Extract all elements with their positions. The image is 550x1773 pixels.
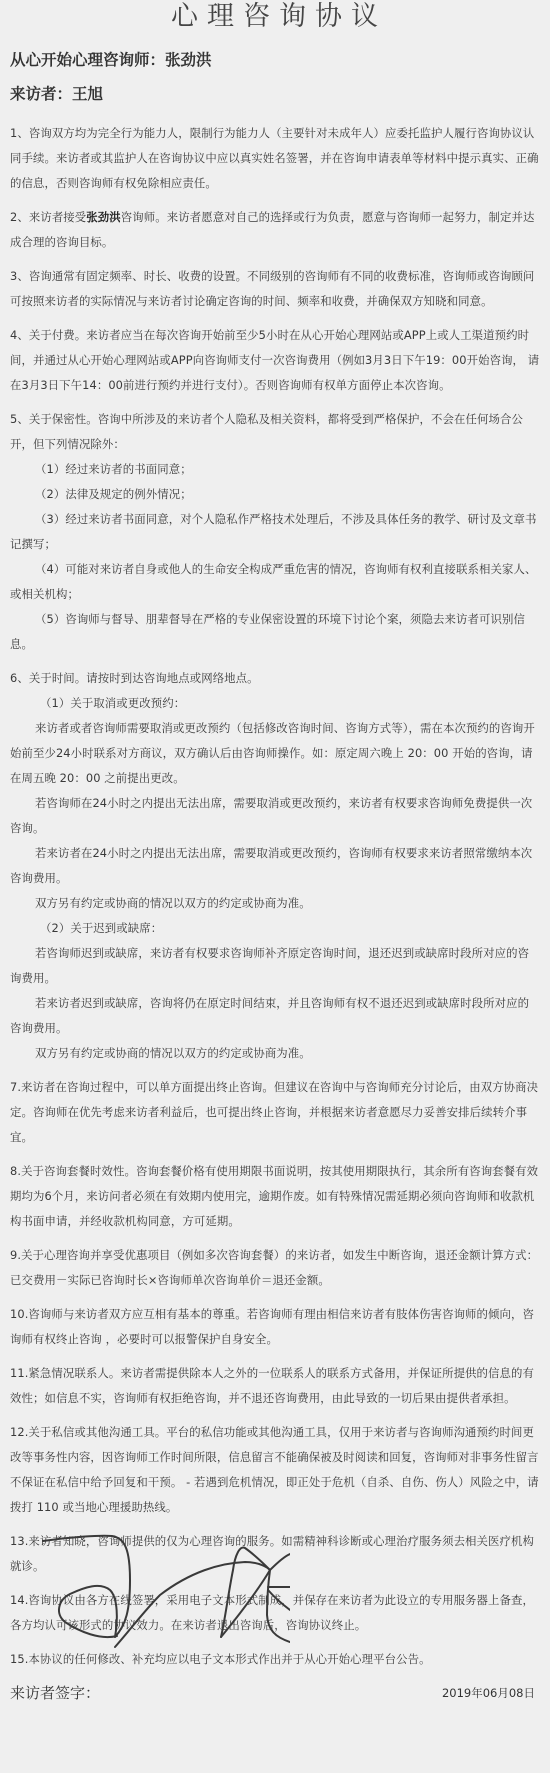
page-title: 心理咨询协议 bbox=[10, 0, 540, 38]
clause-paragraph: 若咨询师在24小时之内提出无法出席，需要取消或更改预约，来访者有权要求咨询师免费… bbox=[10, 791, 540, 841]
clause-text: 12.关于私信或其他沟通工具。平台的私信功能或其他沟通工具，仅用于来访者与咨询师… bbox=[10, 1420, 540, 1520]
clauses-list: 1、咨询双方均为完全行为能力人，限制行为能力人（主要针对未成年人）应委托监护人履… bbox=[10, 121, 540, 1672]
clause-2: 2、来访者接受张劲洪咨询师。来访者愿意对自己的选择或行为负责，愿意与咨询师一起努… bbox=[10, 205, 540, 255]
handwritten-signature bbox=[30, 1530, 290, 1660]
clause-4: 4、关于付费。来访者应当在每次咨询开始前至少5小时在从心开始心理网站或APP上或… bbox=[10, 323, 540, 398]
clause-subitem: （3）经过来访者书面同意，对个人隐私作严格技术处理后，不涉及具体任务的教学、研讨… bbox=[10, 507, 540, 557]
clause-subitem: （5）咨询师与督导、朋辈督导在严格的专业保密设置的环境下讨论个案，须隐去来访者可… bbox=[10, 607, 540, 657]
clause-text: 2、来访者接受张劲洪咨询师。来访者愿意对自己的选择或行为负责，愿意与咨询师一起努… bbox=[10, 205, 540, 255]
clause-subitem: （2）法律及规定的例外情况； bbox=[10, 482, 540, 507]
counselor-name-highlight: 张劲洪 bbox=[86, 210, 120, 224]
clause-text: 1、咨询双方均为完全行为能力人，限制行为能力人（主要针对未成年人）应委托监护人履… bbox=[10, 121, 540, 196]
clause-text: 9.关于心理咨询并享受优惠项目（例如多次咨询套餐）的来访者，如发生中断咨询，退还… bbox=[10, 1243, 540, 1293]
agreement-document: 心理咨询协议 从心开始心理咨询师：张劲洪 来访者：王旭 1、咨询双方均为完全行为… bbox=[0, 0, 550, 1704]
clause-text: 7.来访者在咨询过程中，可以单方面提出终止咨询。但建议在咨询中与咨询师充分讨论后… bbox=[10, 1075, 540, 1150]
clause-paragraph: 来访者或者咨询师需要取消或更改预约（包括修改咨询时间、咨询方式等），需在本次预约… bbox=[10, 716, 540, 791]
clause-text: 10.咨询师与来访者双方应互相有基本的尊重。若咨询师有理由相信来访者有肢体伤害咨… bbox=[10, 1302, 540, 1352]
clause-6: 6、关于时间。请按时到达咨询地点或网络地点。 （1）关于取消或更改预约： 来访者… bbox=[10, 666, 540, 1066]
clause-11: 11.紧急情况联系人。来访者需提供除本人之外的一位联系人的联系方式备用，并保证所… bbox=[10, 1361, 540, 1411]
clause-8: 8.关于咨询套餐时效性。咨询套餐价格有使用期限书面说明，按其使用期限执行，其余所… bbox=[10, 1159, 540, 1234]
clause-12: 12.关于私信或其他沟通工具。平台的私信功能或其他沟通工具，仅用于来访者与咨询师… bbox=[10, 1420, 540, 1520]
clause-text: 3、咨询通常有固定频率、时长、收费的设置。不同级别的咨询师有不同的收费标准，咨询… bbox=[10, 264, 540, 314]
clause-paragraph: 双方另有约定或协商的情况以双方的约定或协商为准。 bbox=[10, 891, 540, 916]
clause-text: 8.关于咨询套餐时效性。咨询套餐价格有使用期限书面说明，按其使用期限执行，其余所… bbox=[10, 1159, 540, 1234]
clause-subitem: （1）经过来访者的书面同意； bbox=[10, 457, 540, 482]
signature-date: 2019年06月08日 bbox=[442, 1685, 535, 1701]
clause-subitem: （4）可能对来访者自身或他人的生命安全构成严重危害的情况，咨询师有权利直接联系相… bbox=[10, 557, 540, 607]
clause-paragraph: 若来访者迟到或缺席，咨询将仍在原定时间结束，并且咨询师有权不退还迟到或缺席时段所… bbox=[10, 991, 540, 1041]
clause-7: 7.来访者在咨询过程中，可以单方面提出终止咨询。但建议在咨询中与咨询师充分讨论后… bbox=[10, 1075, 540, 1150]
clause-text: 11.紧急情况联系人。来访者需提供除本人之外的一位联系人的联系方式备用，并保证所… bbox=[10, 1361, 540, 1411]
clause-subtitle: （2）关于迟到或缺席： bbox=[10, 916, 540, 941]
clause-subtitle: （1）关于取消或更改预约： bbox=[10, 691, 540, 716]
client-label: 来访者：王旭 bbox=[10, 84, 540, 104]
clause-paragraph: 若咨询师迟到或缺席，来访者有权要求咨询师补齐原定咨询时间，退还迟到或缺席时段所对… bbox=[10, 941, 540, 991]
clause-text: 4、关于付费。来访者应当在每次咨询开始前至少5小时在从心开始心理网站或APP上或… bbox=[10, 323, 540, 398]
clause-intro: 6、关于时间。请按时到达咨询地点或网络地点。 bbox=[10, 666, 540, 691]
clause-paragraph: 双方另有约定或协商的情况以双方的约定或协商为准。 bbox=[10, 1041, 540, 1066]
clause-10: 10.咨询师与来访者双方应互相有基本的尊重。若咨询师有理由相信来访者有肢体伤害咨… bbox=[10, 1302, 540, 1352]
clause-5: 5、关于保密性。咨询中所涉及的来访者个人隐私及相关资料，都将受到严格保护，不会在… bbox=[10, 407, 540, 657]
clause-3: 3、咨询通常有固定频率、时长、收费的设置。不同级别的咨询师有不同的收费标准，咨询… bbox=[10, 264, 540, 314]
clause-9: 9.关于心理咨询并享受优惠项目（例如多次咨询套餐）的来访者，如发生中断咨询，退还… bbox=[10, 1243, 540, 1293]
clause-intro: 5、关于保密性。咨询中所涉及的来访者个人隐私及相关资料，都将受到严格保护，不会在… bbox=[10, 407, 540, 457]
clause-paragraph: 若来访者在24小时之内提出无法出席，需要取消或更改预约，咨询师有权要求来访者照常… bbox=[10, 841, 540, 891]
signature-strokes-icon bbox=[30, 1530, 290, 1660]
clause-text-prefix: 2、来访者接受 bbox=[10, 210, 86, 224]
counselor-label: 从心开始心理咨询师：张劲洪 bbox=[10, 50, 540, 70]
clause-1: 1、咨询双方均为完全行为能力人，限制行为能力人（主要针对未成年人）应委托监护人履… bbox=[10, 121, 540, 196]
